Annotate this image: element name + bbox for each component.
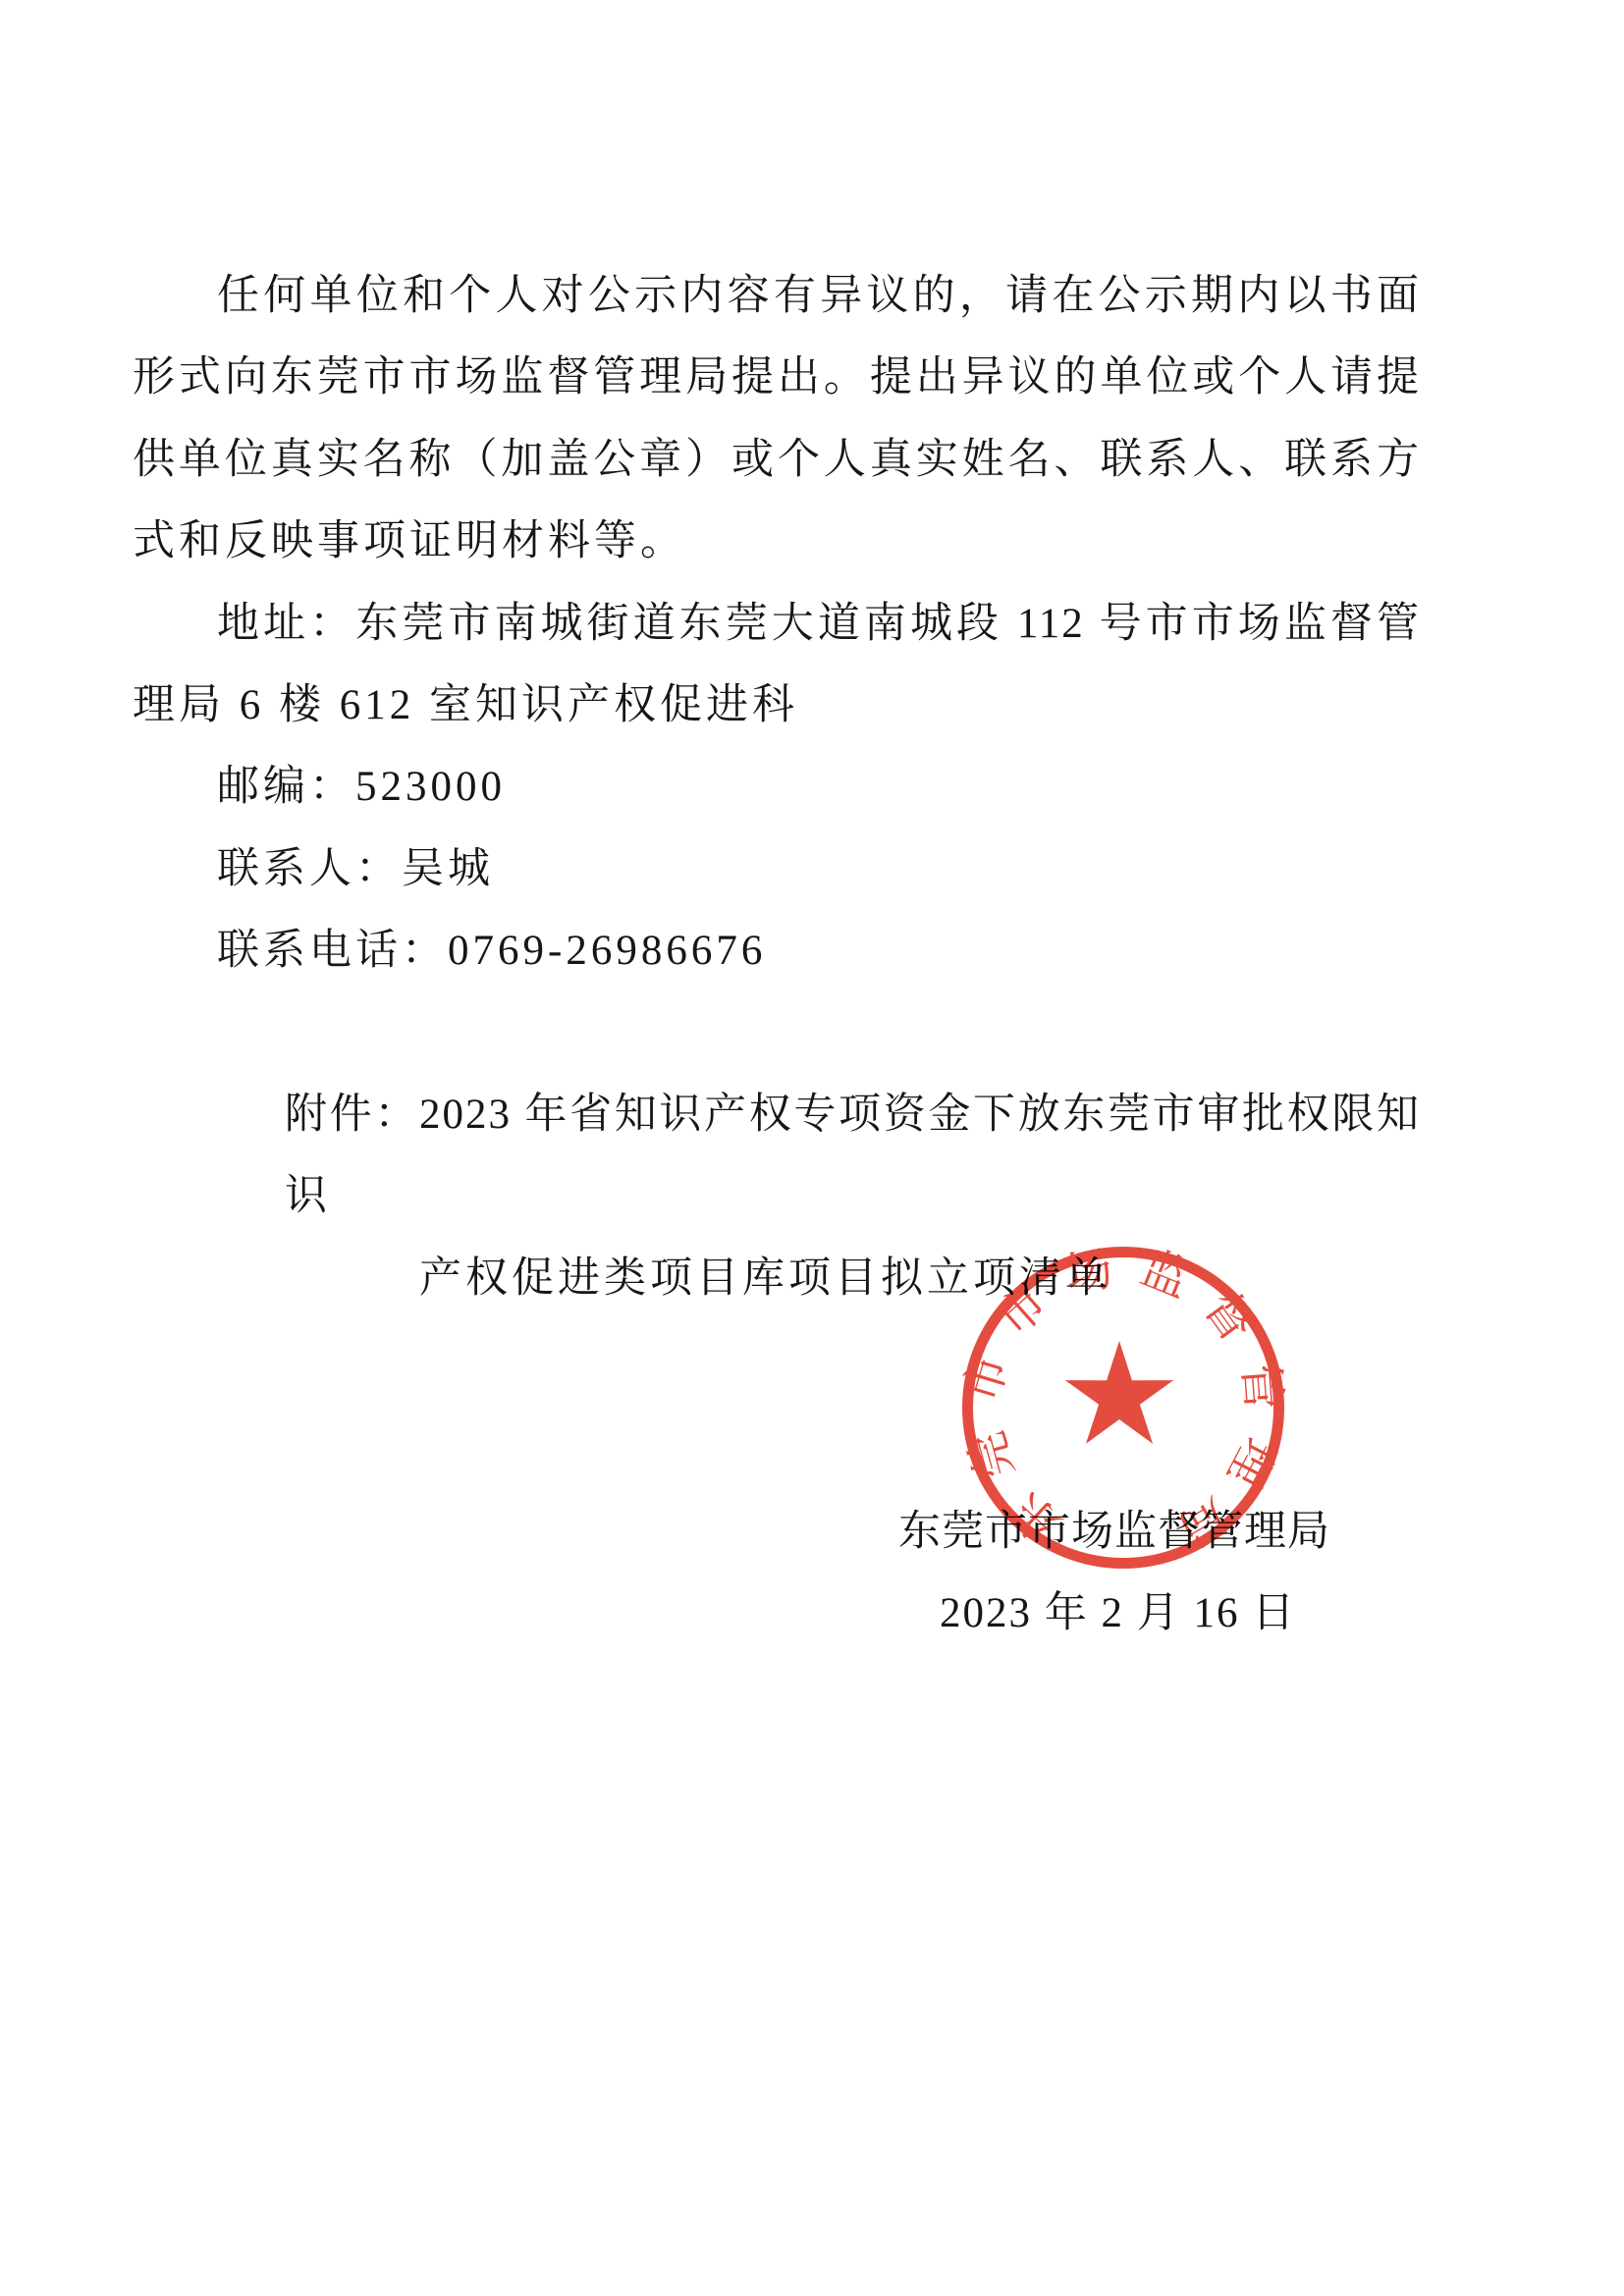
paragraph-line: 式和反映事项证明材料等。: [133, 501, 1421, 582]
contact-phone-line: 联系电话：0769-26986676: [133, 910, 1421, 991]
paragraph-line: 任何单位和个人对公示内容有异议的，请在公示期内以书面: [133, 255, 1421, 337]
postal-code-line: 邮编：523000: [133, 746, 1421, 828]
address-line-2: 理局 6 楼 612 室知识产权促进科: [133, 665, 1421, 746]
attachment-line-1: 附件：2023 年省知识产权专项资金下放东莞市审批权限知识: [285, 1074, 1421, 1238]
paragraph-line: 供单位真实名称（加盖公章）或个人真实姓名、联系人、联系方: [133, 419, 1421, 501]
blank-line: [133, 992, 1421, 1074]
attachment-line-2: 产权促进类项目库项目拟立项清单: [419, 1238, 1421, 1319]
document-body: 任何单位和个人对公示内容有异议的，请在公示期内以书面 形式向东莞市市场监督管理局…: [133, 255, 1421, 1655]
blank-line: [133, 1402, 1421, 1483]
contact-person-line: 联系人：吴城: [133, 828, 1421, 910]
blank-line: [133, 1319, 1421, 1401]
address-line-1: 地址：东莞市南城街道东莞大道南城段 112 号市市场监督管: [133, 583, 1421, 665]
paragraph-line: 形式向东莞市市场监督管理局提出。提出异议的单位或个人请提: [133, 337, 1421, 418]
issuer-signature: 东莞市市场监督管理局: [898, 1491, 1421, 1573]
signature-date: 2023 年 2 月 16 日: [940, 1573, 1421, 1654]
document-page: 任何单位和个人对公示内容有异议的，请在公示期内以书面 形式向东莞市市场监督管理局…: [0, 0, 1624, 2296]
